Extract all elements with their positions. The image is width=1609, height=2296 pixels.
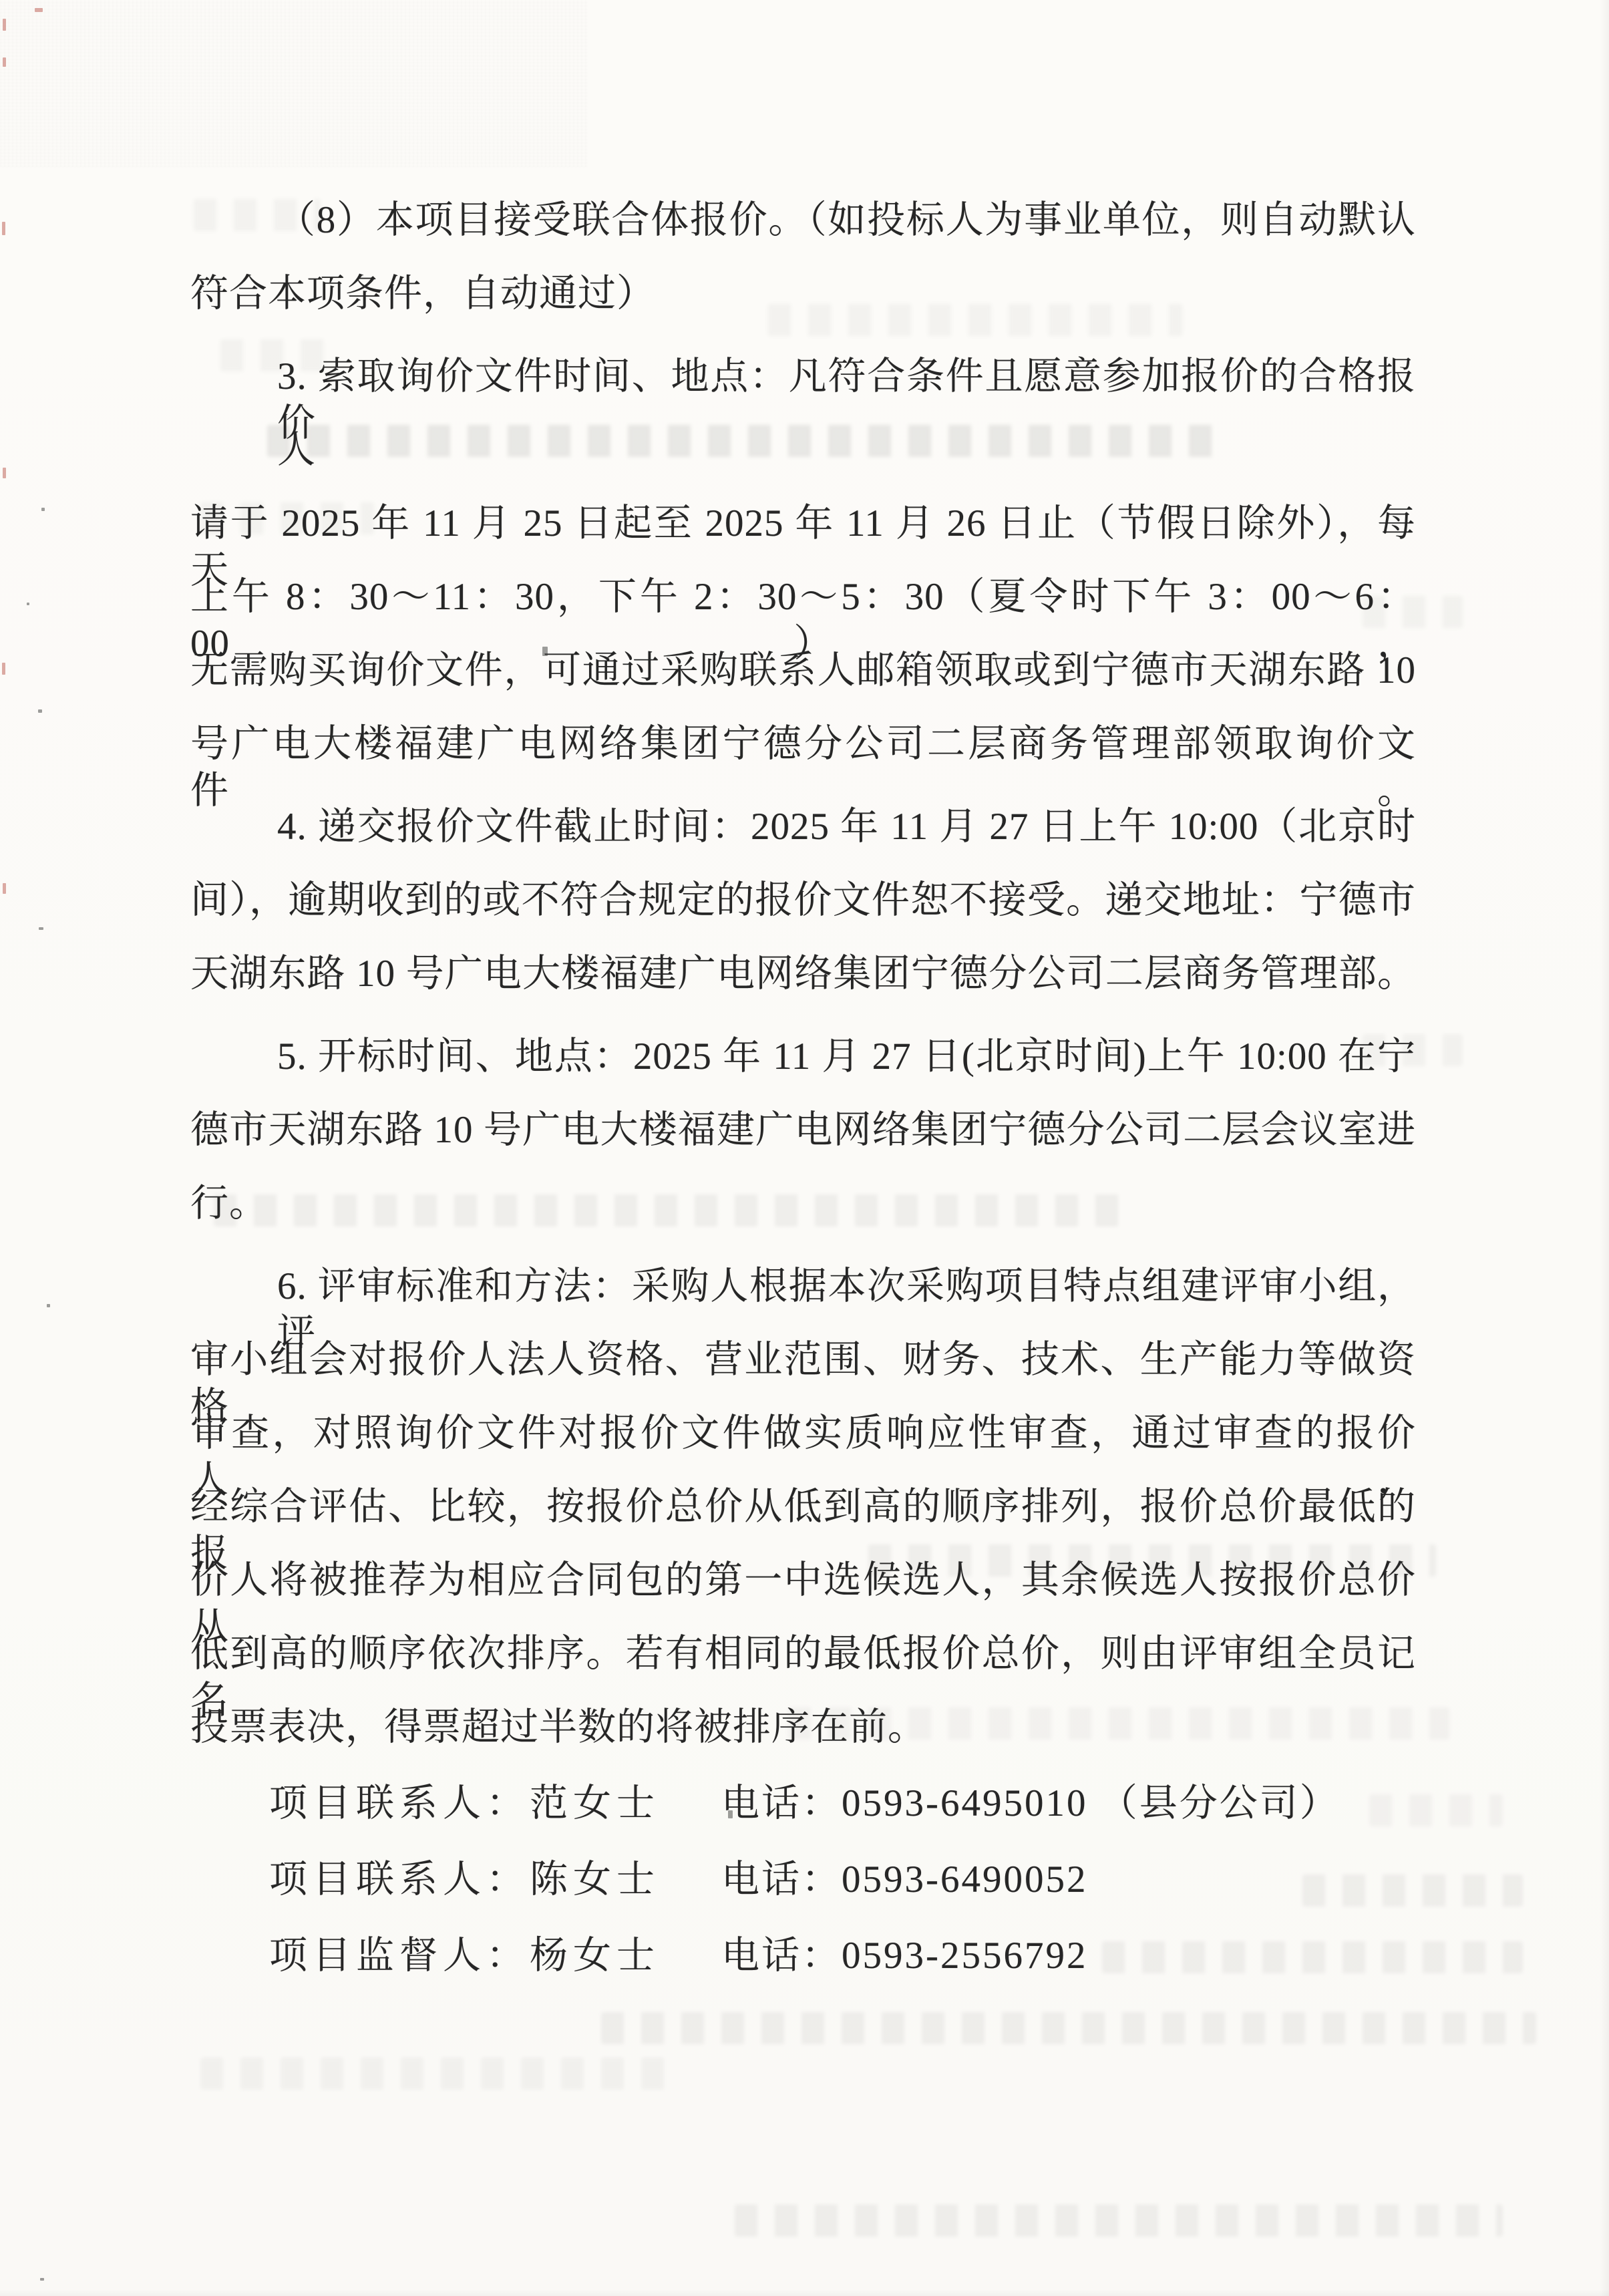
scan-edge-shadow-bottom	[0, 2289, 1609, 2296]
red-edge-mark	[35, 8, 43, 12]
text-line: 天湖东路 10 号广电大楼福建广电网络集团宁德分公司二层商务管理部。	[190, 951, 1416, 997]
text-line: 符合本项条件，自动通过）	[190, 271, 1416, 317]
contact-label: 项目联系人：陈女士	[269, 1858, 660, 1901]
text-line: 人	[190, 427, 1416, 474]
contact-phone: 电话：0593-6490052	[721, 1856, 1087, 1903]
text-line: 号广电大楼福建广电网络集团宁德分公司二层商务管理部领取询价文件。	[190, 721, 1416, 814]
text-line: 行。	[190, 1180, 1416, 1227]
text-line: 德市天湖东路 10 号广电大楼福建广电网络集团宁德分公司二层会议室进	[190, 1107, 1416, 1154]
contact-row: 项目联系人：陈女士 电话：0593-6490052	[190, 1856, 1416, 1903]
red-edge-mark	[3, 883, 6, 894]
scanned-page: （8）本项目接受联合体报价。（如投标人为事业单位，则自动默认 符合本项条件，自动…	[0, 0, 1609, 2296]
contact-phone: 电话：0593-2556792	[721, 1933, 1087, 1979]
dust-speck	[41, 508, 45, 511]
text-line: 投票表决，得票超过半数的将被排序在前。	[190, 1704, 1416, 1751]
bleedthrough-artifact	[735, 2204, 1503, 2237]
text-line: 4. 递交报价文件截止时间：2025 年 11 月 27 日上午 10:00（北…	[190, 804, 1416, 850]
red-edge-mark	[3, 57, 6, 67]
text-line: 5. 开标时间、地点：2025 年 11 月 27 日(北京时间)上午 10:0…	[190, 1033, 1416, 1080]
red-edge-mark	[3, 468, 6, 478]
dust-speck	[39, 927, 43, 930]
dust-speck	[27, 603, 29, 605]
text-line: 无需购买询价文件，可通过采购联系人邮箱领取或到宁德市天湖东路 10	[190, 647, 1416, 694]
red-edge-mark	[2, 222, 5, 235]
dust-speck	[40, 2278, 44, 2281]
red-edge-mark	[3, 19, 6, 31]
bleedthrough-artifact	[200, 2058, 668, 2090]
red-edge-mark	[2, 663, 5, 675]
text-line: （8）本项目接受联合体报价。（如投标人为事业单位，则自动默认	[190, 197, 1416, 244]
contact-row: 项目联系人：范女士 电话：0593-6495010 （县分公司）	[190, 1780, 1416, 1827]
contact-label: 项目监督人：杨女士	[269, 1935, 660, 1977]
dust-speck	[38, 709, 42, 713]
text-line: 间），逾期收到的或不符合规定的报价文件恕不接受。递交地址：宁德市	[190, 877, 1416, 924]
scan-noise-patch	[0, 0, 588, 167]
contact-label: 项目联系人：范女士	[269, 1782, 660, 1824]
contact-row: 项目监督人：杨女士 电话：0593-2556792	[190, 1933, 1416, 1979]
bleedthrough-artifact	[601, 2012, 1536, 2044]
dust-speck	[47, 1304, 50, 1307]
scan-edge-shadow-right	[1600, 0, 1609, 2296]
contact-phone: 电话：0593-6495010 （县分公司）	[721, 1780, 1340, 1827]
